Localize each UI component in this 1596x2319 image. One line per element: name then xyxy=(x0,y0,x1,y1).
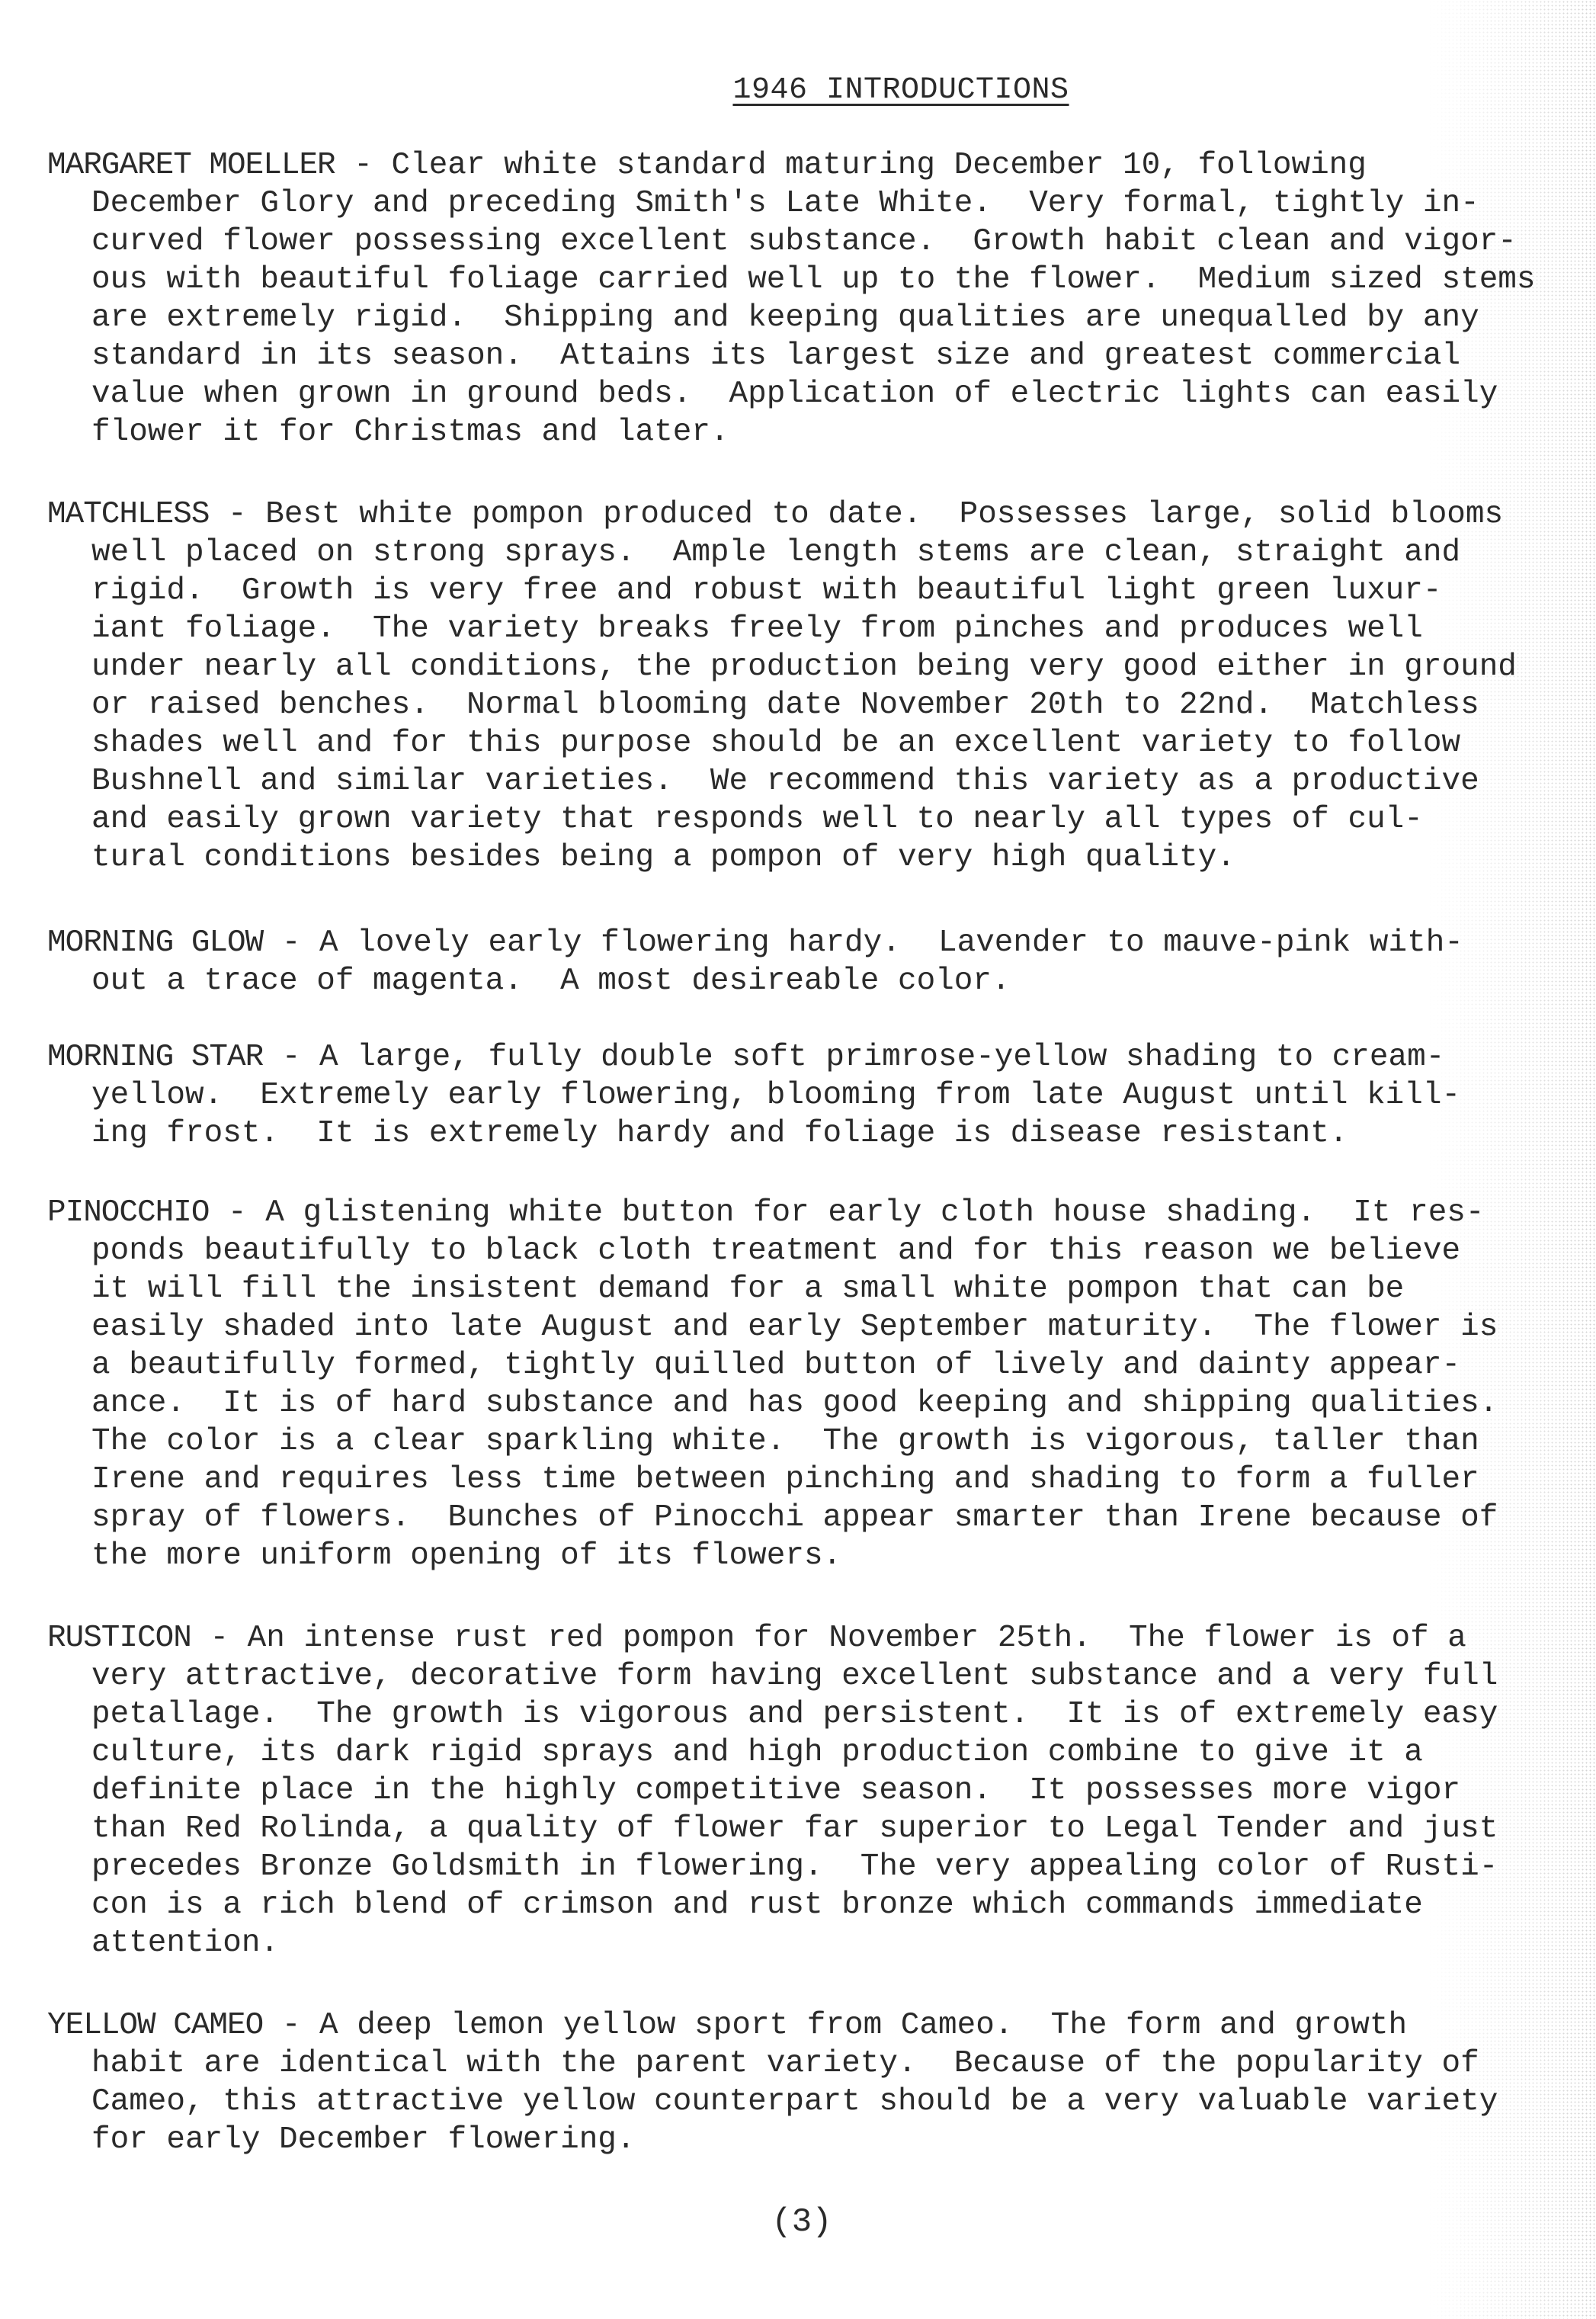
entry-line: for early December flowering. xyxy=(47,2121,1556,2159)
entry-line: Cameo, this attractive yellow counterpar… xyxy=(47,2083,1556,2121)
entry-text: and easily grown variety that responds w… xyxy=(91,802,1423,837)
entry-line: under nearly all conditions, the product… xyxy=(47,648,1556,686)
entry-text: value when grown in ground beds. Applica… xyxy=(91,377,1498,412)
page-number-text: (3) xyxy=(771,2203,832,2241)
entry-text: culture, its dark rigid sprays and high … xyxy=(91,1735,1423,1770)
entry-text: are extremely rigid. Shipping and keepin… xyxy=(91,300,1479,335)
entry-matchless: MATCHLESS - Best white pompon produced t… xyxy=(47,496,1556,877)
variety-name: MARGARET MOELLER xyxy=(47,148,335,183)
entry-line: it will fill the insistent demand for a … xyxy=(47,1270,1556,1308)
page-number: (3) xyxy=(0,2203,1596,2241)
entry-text: precedes Bronze Goldsmith in flowering. … xyxy=(91,1849,1498,1884)
entry-text: the more uniform opening of its flowers. xyxy=(91,1538,841,1573)
entry-text: it will fill the insistent demand for a … xyxy=(91,1272,1404,1307)
entry-line: spray of flowers. Bunches of Pinocchi ap… xyxy=(47,1499,1556,1537)
entry-line: shades well and for this purpose should … xyxy=(47,724,1556,762)
entry-text: standard in its season. Attains its larg… xyxy=(91,338,1460,374)
variety-name: MATCHLESS xyxy=(47,497,209,532)
entry-text: - A deep lemon yellow sport from Cameo. … xyxy=(263,2008,1407,2043)
entry-line: tural conditions besides being a pompon … xyxy=(47,839,1556,877)
entry-line: The color is a clear sparkling white. Th… xyxy=(47,1423,1556,1461)
entry-line: very attractive, decorative form having … xyxy=(47,1657,1556,1695)
page-title-text: 1946 INTRODUCTIONS xyxy=(732,73,1069,107)
variety-name: YELLOW CAMEO xyxy=(47,2008,263,2043)
entry-line: MORNING GLOW - A lovely early flowering … xyxy=(47,924,1556,962)
entry-yellow-cameo: YELLOW CAMEO - A deep lemon yellow sport… xyxy=(47,2006,1556,2159)
entry-text: ance. It is of hard substance and has go… xyxy=(91,1386,1498,1421)
entry-text: out a trace of magenta. A most desireabl… xyxy=(91,964,1011,999)
entry-line: ing frost. It is extremely hardy and fol… xyxy=(47,1115,1556,1153)
entry-text: spray of flowers. Bunches of Pinocchi ap… xyxy=(91,1500,1498,1535)
entry-morning-star: MORNING STAR - A large, fully double sof… xyxy=(47,1038,1556,1153)
entry-text: very attractive, decorative form having … xyxy=(91,1659,1498,1694)
entry-line: are extremely rigid. Shipping and keepin… xyxy=(47,299,1556,337)
entry-line: flower it for Christmas and later. xyxy=(47,413,1556,451)
entry-line: ance. It is of hard substance and has go… xyxy=(47,1384,1556,1423)
entry-text: con is a rich blend of crimson and rust … xyxy=(91,1888,1423,1923)
entry-line: MATCHLESS - Best white pompon produced t… xyxy=(47,496,1556,534)
entry-line: iant foliage. The variety breaks freely … xyxy=(47,610,1556,648)
entry-text: December Glory and preceding Smith's Lat… xyxy=(91,186,1479,221)
entry-line: ous with beautiful foliage carried well … xyxy=(47,261,1556,299)
entry-line: standard in its season. Attains its larg… xyxy=(47,337,1556,375)
entry-text: under nearly all conditions, the product… xyxy=(91,650,1517,685)
entry-text: a beautifully formed, tightly quilled bu… xyxy=(91,1348,1460,1383)
entry-text: flower it for Christmas and later. xyxy=(91,415,729,450)
entry-text: ous with beautiful foliage carried well … xyxy=(91,262,1536,297)
entry-line: YELLOW CAMEO - A deep lemon yellow sport… xyxy=(47,2006,1556,2045)
entry-line: easily shaded into late August and early… xyxy=(47,1308,1556,1346)
entry-line: con is a rich blend of crimson and rust … xyxy=(47,1886,1556,1924)
entry-text: yellow. Extremely early flowering, bloom… xyxy=(91,1078,1460,1113)
entry-line: a beautifully formed, tightly quilled bu… xyxy=(47,1346,1556,1384)
entry-line: the more uniform opening of its flowers. xyxy=(47,1537,1556,1575)
entry-text: iant foliage. The variety breaks freely … xyxy=(91,611,1423,646)
entry-line: ponds beautifully to black cloth treatme… xyxy=(47,1232,1556,1270)
entry-text: - A large, fully double soft primrose-ye… xyxy=(263,1040,1444,1075)
entry-line: RUSTICON - An intense rust red pompon fo… xyxy=(47,1619,1556,1657)
entry-text: - Best white pompon produced to date. Po… xyxy=(209,497,1503,532)
entry-text: curved flower possessing excellent subst… xyxy=(91,224,1517,259)
entry-line: habit are identical with the parent vari… xyxy=(47,2045,1556,2083)
entry-line: Bushnell and similar varieties. We recom… xyxy=(47,762,1556,800)
entry-line: December Glory and preceding Smith's Lat… xyxy=(47,184,1556,223)
entry-line: precedes Bronze Goldsmith in flowering. … xyxy=(47,1848,1556,1886)
variety-name: MORNING STAR xyxy=(47,1040,263,1075)
entry-rusticon: RUSTICON - An intense rust red pompon fo… xyxy=(47,1619,1556,1962)
entry-line: PINOCCHIO - A glistening white button fo… xyxy=(47,1194,1556,1232)
entry-text: - A glistening white button for early cl… xyxy=(209,1195,1484,1230)
entry-line: MARGARET MOELLER - Clear white standard … xyxy=(47,146,1556,184)
entry-text: easily shaded into late August and early… xyxy=(91,1310,1498,1345)
entry-line: than Red Rolinda, a quality of flower fa… xyxy=(47,1810,1556,1848)
entry-line: yellow. Extremely early flowering, bloom… xyxy=(47,1076,1556,1115)
entry-line: Irene and requires less time between pin… xyxy=(47,1461,1556,1499)
entry-line: definite place in the highly competitive… xyxy=(47,1772,1556,1810)
entry-text: tural conditions besides being a pompon … xyxy=(91,840,1235,875)
entry-line: MORNING STAR - A large, fully double sof… xyxy=(47,1038,1556,1076)
entry-text: petallage. The growth is vigorous and pe… xyxy=(91,1697,1498,1732)
entry-text: rigid. Growth is very free and robust wi… xyxy=(91,573,1442,608)
entry-text: than Red Rolinda, a quality of flower fa… xyxy=(91,1811,1498,1846)
entry-text: habit are identical with the parent vari… xyxy=(91,2046,1479,2081)
entry-text: The color is a clear sparkling white. Th… xyxy=(91,1424,1479,1459)
entry-line: or raised benches. Normal blooming date … xyxy=(47,686,1556,724)
entry-morning-glow: MORNING GLOW - A lovely early flowering … xyxy=(47,924,1556,1000)
entry-text: - A lovely early flowering hardy. Lavend… xyxy=(263,925,1463,961)
entry-pinocchio: PINOCCHIO - A glistening white button fo… xyxy=(47,1194,1556,1575)
entry-line: out a trace of magenta. A most desireabl… xyxy=(47,962,1556,1000)
entry-line: and easily grown variety that responds w… xyxy=(47,800,1556,839)
entry-line: rigid. Growth is very free and robust wi… xyxy=(47,572,1556,610)
entry-line: culture, its dark rigid sprays and high … xyxy=(47,1734,1556,1772)
variety-name: PINOCCHIO xyxy=(47,1195,209,1230)
variety-name: RUSTICON xyxy=(47,1621,191,1656)
entry-text: shades well and for this purpose should … xyxy=(91,726,1460,761)
entry-text: Irene and requires less time between pin… xyxy=(91,1462,1479,1497)
variety-name: MORNING GLOW xyxy=(47,925,263,961)
entry-line: well placed on strong sprays. Ample leng… xyxy=(47,534,1556,572)
entry-text: Cameo, this attractive yellow counterpar… xyxy=(91,2084,1498,2119)
entry-text: attention. xyxy=(91,1926,279,1961)
entry-line: value when grown in ground beds. Applica… xyxy=(47,375,1556,413)
entry-text: - An intense rust red pompon for Novembe… xyxy=(191,1621,1466,1656)
page-title: 1946 INTRODUCTIONS xyxy=(0,73,1596,107)
entry-text: or raised benches. Normal blooming date … xyxy=(91,688,1479,723)
entry-line: attention. xyxy=(47,1924,1556,1962)
entry-text: definite place in the highly competitive… xyxy=(91,1773,1460,1808)
entry-text: for early December flowering. xyxy=(91,2122,636,2157)
entry-text: ing frost. It is extremely hardy and fol… xyxy=(91,1116,1348,1151)
document-page: 1946 INTRODUCTIONS MARGARET MOELLER - Cl… xyxy=(0,0,1596,2319)
entry-text: - Clear white standard maturing December… xyxy=(335,148,1367,183)
entry-text: well placed on strong sprays. Ample leng… xyxy=(91,535,1460,570)
entry-margaret-moeller: MARGARET MOELLER - Clear white standard … xyxy=(47,146,1556,451)
entry-text: Bushnell and similar varieties. We recom… xyxy=(91,764,1479,799)
entry-line: curved flower possessing excellent subst… xyxy=(47,223,1556,261)
entry-line: petallage. The growth is vigorous and pe… xyxy=(47,1695,1556,1734)
entry-text: ponds beautifully to black cloth treatme… xyxy=(91,1233,1460,1269)
